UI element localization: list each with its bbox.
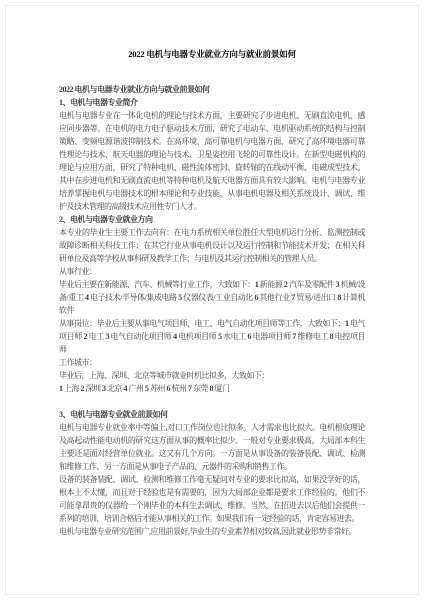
paragraph: 本专业的毕业生主要工作去向有：在电力系统相关单位胜任大型电机运行分析、监测控制或… xyxy=(59,226,365,265)
section-heading: 1、电机与电器专业简介 xyxy=(59,96,365,109)
paragraph: 电机与电器专业研究范围广,应用前景好,毕业生的专业素养相对较高,因此就业形势非常… xyxy=(59,525,365,538)
section-heading: 2、电机与电器专业就业方向 xyxy=(59,213,365,226)
paragraph: 电机与电器专业就业率中等偏上,对口工作岗位也比拟多。人才需求也比拟大。电机根底理… xyxy=(59,421,365,473)
paragraph: 电机与电器专业在一体化电机的理论与技术方面，主要研究了步进电机、无刷直流电机、感… xyxy=(59,109,365,213)
paragraph: 工作城市： xyxy=(59,356,365,369)
document-page: 2022 电机与电器专业就业方向与就业前景如何 2022 电机与电器专业就业方向… xyxy=(0,0,424,600)
paragraph: 从事岗位：毕业后主要从事电气项目师、电工、电气自动化项目师等工作，大致如下：1 … xyxy=(59,317,365,356)
paragraph: 从事行业： xyxy=(59,265,365,278)
section-heading: 3、电机与电器专业就业前景如何 xyxy=(59,408,365,421)
paragraph: 毕业后，上海、深圳、北京等城市就业时机比拟多，大致如下： xyxy=(59,369,365,382)
section-heading: 2022 电机与电器专业就业方向与就业前景如何 xyxy=(59,83,365,96)
paragraph: 毕业后主要在新能源、汽车、机械等行业工作，大致如下：1 新能源 2 汽车及零配件… xyxy=(59,278,365,317)
paragraph: 1 上海 2 深圳 3 北京 4 广州 5 苏州 6 杭州 7 东莞 8 厦门 xyxy=(59,382,365,395)
blank-line xyxy=(59,395,365,408)
document-title: 2022 电机与电器专业就业方向与就业前景如何 xyxy=(59,48,365,61)
paragraph: 设备的装备装配、调试、检测和维修工作毫无疑问对专业的要求比拟高，如果没学好的话，… xyxy=(59,473,365,525)
document-body: 2022 电机与电器专业就业方向与就业前景如何1、电机与电器专业简介电机与电器专… xyxy=(59,83,365,538)
